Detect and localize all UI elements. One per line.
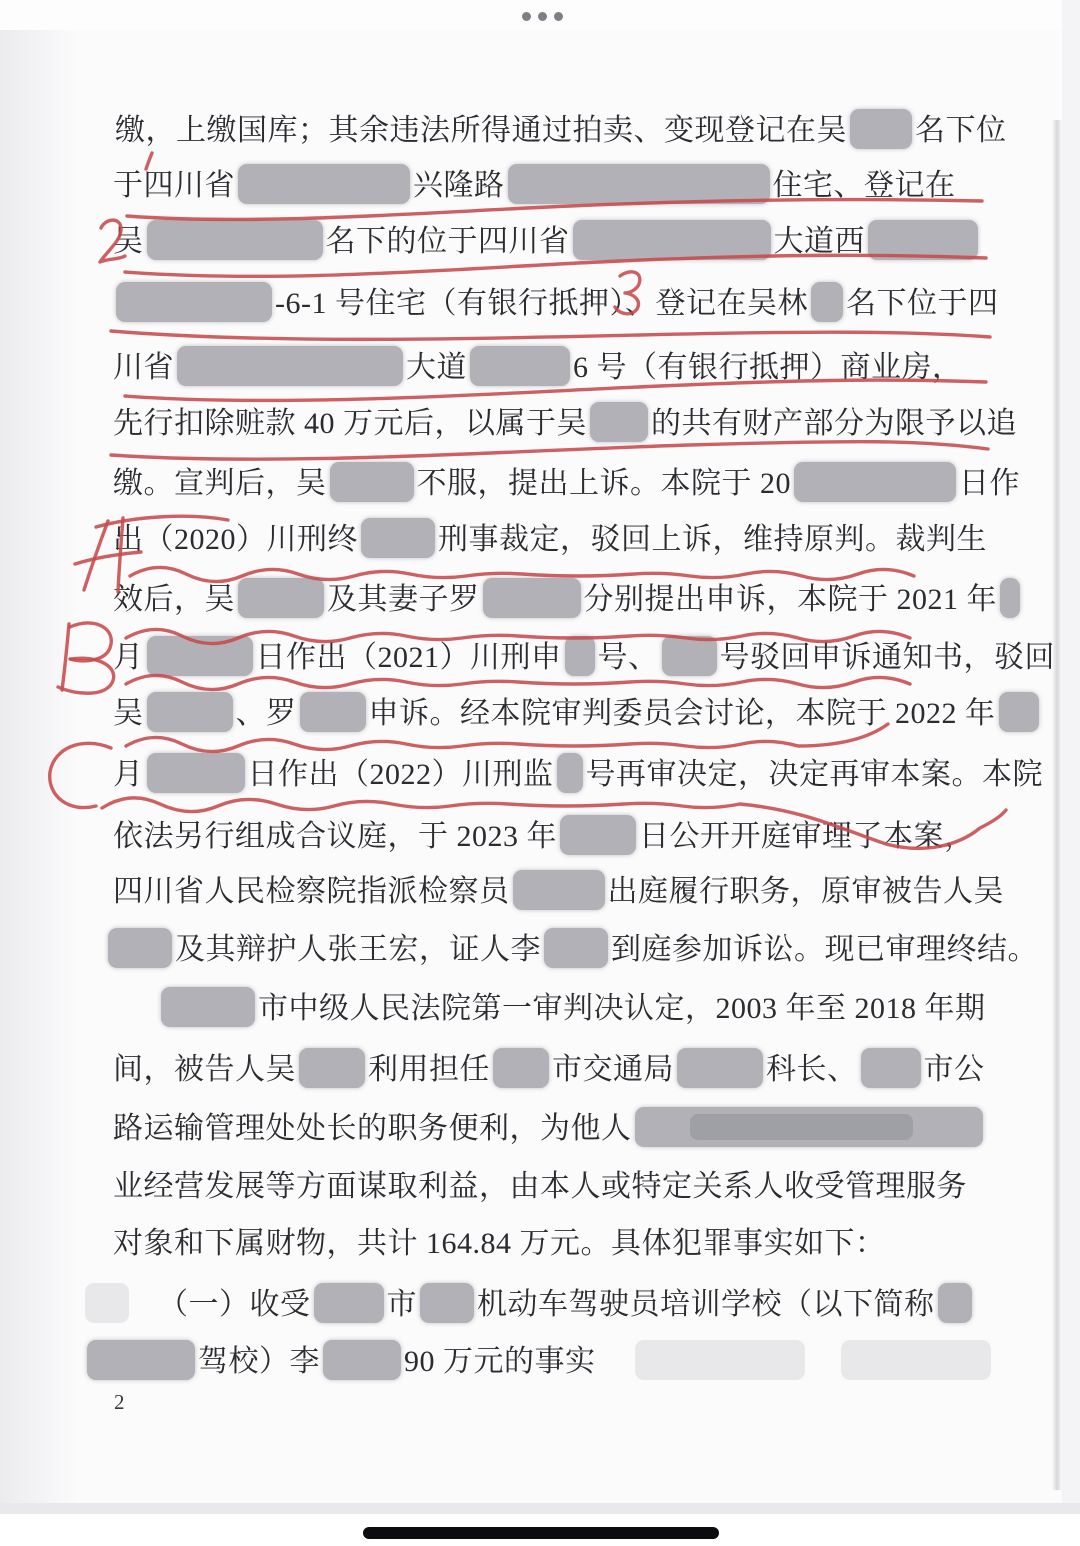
redaction-blob [560, 815, 636, 855]
text-segment: 路运输管理处处长的职务便利，为他人 [113, 1112, 632, 1145]
page-number: 2 [114, 1390, 125, 1415]
text-segment: 依法另行组成合议庭，于 2023 年 [113, 820, 557, 853]
redaction-blob [87, 1340, 195, 1380]
redaction-blob [177, 346, 403, 386]
document-line: 缴，上缴国库；其余违法所得通过拍卖、变现登记在吴名下位 [115, 106, 1007, 152]
text-segment: 90 万元的事实 [404, 1345, 596, 1378]
text-segment: 效后，吴 [113, 583, 235, 616]
redaction-blob [841, 1340, 991, 1380]
text-segment: 不服，提出上诉。本院于 20 [417, 467, 792, 500]
document-line: 驾校）李90 万元的事实 [84, 1337, 994, 1383]
redaction-blob [116, 282, 272, 322]
text-segment: 间，被告人吴 [113, 1053, 296, 1086]
spacer [596, 1361, 632, 1363]
dot-icon [554, 12, 563, 21]
text-segment: 机动车驾驶员培训学校（以下简称 [477, 1288, 935, 1321]
document-line: 出（2020）川刑终刑事裁定，驳回上诉，维持原判。裁判生 [113, 515, 987, 561]
text-segment: 出庭履行职务，原审被告人吴 [608, 875, 1005, 908]
redaction-blob [557, 753, 583, 793]
text-segment: 日公开开庭审理了本案， [639, 820, 975, 853]
text-segment: 吴 [113, 225, 144, 258]
redaction-blob [868, 220, 978, 260]
document-line: 依法另行组成合议庭，于 2023 年日公开开庭审理了本案， [113, 812, 975, 858]
redaction-blob [299, 1048, 365, 1088]
text-segment: 日作出（2022）川刑监 [248, 758, 554, 791]
redaction-blob [483, 578, 581, 618]
text-segment: 的共有财产部分为限予以追 [651, 407, 1017, 440]
home-indicator[interactable] [363, 1527, 719, 1539]
redaction-blob [590, 402, 648, 442]
redaction-blob [238, 578, 324, 618]
redaction-blob [238, 164, 410, 204]
page-left-shadow [0, 0, 78, 1546]
redaction-blob [314, 1283, 384, 1323]
redaction-blob [470, 346, 570, 386]
redaction-blob [323, 1340, 401, 1380]
redaction-blob [999, 692, 1039, 732]
redaction-blob [420, 1283, 474, 1323]
text-segment: 市公 [924, 1053, 985, 1086]
page-edge-shadow [1052, 120, 1062, 1490]
redaction-blob [361, 518, 435, 558]
redaction-blob [635, 1107, 983, 1147]
text-segment: -6-1 号住宅（有银行抵押）、登记在吴林 [275, 287, 808, 320]
text-segment: 及其辩护人张王宏，证人李 [175, 933, 541, 966]
text-segment: 、罗 [236, 697, 297, 730]
document-line: 缴。宣判后，吴不服，提出上诉。本院于 20日作 [113, 459, 1020, 505]
text-segment: 6 号（有银行抵押）商业房， [573, 351, 963, 384]
text-segment: 申诉。经本院审判委员会讨论，本院于 2022 年 [369, 697, 996, 730]
redaction-blob [662, 636, 717, 676]
text-segment: 利用担任 [368, 1053, 490, 1086]
document-line: 四川省人民检察院指派检察员出庭履行职务，原审被告人吴 [113, 867, 1004, 913]
redaction-blob [861, 1048, 921, 1088]
text-segment: 日作出（2021）川刑申 [256, 641, 562, 674]
text-segment: 名下的位于四川省 [326, 225, 570, 258]
text-segment: 名下位于四 [846, 287, 999, 320]
document-line: 对象和下属财物，共计 164.84 万元。具体犯罪事实如下： [113, 1219, 886, 1265]
document-line: 于四川省兴隆路住宅、登记在 [113, 161, 956, 207]
page-right-margin [1062, 0, 1080, 1546]
spacer [808, 1361, 838, 1363]
text-segment: 出（2020）川刑终 [113, 523, 358, 556]
redaction-blob [147, 753, 245, 793]
sheet-bottom-band [0, 1503, 1080, 1514]
text-segment: 大道西 [774, 225, 866, 258]
redaction-blob [1000, 578, 1020, 618]
document-line: 市中级人民法院第一审判决认定，2003 年至 2018 年期 [158, 984, 986, 1030]
text-segment: 号、 [598, 641, 659, 674]
text-segment: 兴隆路 [413, 169, 505, 202]
text-segment: 市交通局 [552, 1053, 674, 1086]
document-line: 吴、罗申诉。经本院审判委员会讨论，本院于 2022 年 [113, 689, 1042, 735]
text-segment: 号再审决定，决定再审本案。本院 [586, 758, 1044, 791]
spacer [132, 1304, 158, 1306]
text-segment: 分别提出申诉，本院于 2021 年 [584, 583, 998, 616]
redaction-blob [794, 462, 956, 502]
redaction-blob [811, 282, 843, 322]
redaction-blob [147, 692, 233, 732]
document-line: -6-1 号住宅（有银行抵押）、登记在吴林名下位于四 [113, 279, 998, 325]
redaction-blob [161, 987, 255, 1027]
redaction-blob [493, 1048, 549, 1088]
text-segment: 及其妻子罗 [327, 583, 480, 616]
redaction-blob [544, 928, 608, 968]
redaction-blob [565, 636, 595, 676]
text-segment: 到庭参加诉讼。现已审理终结。 [611, 933, 1038, 966]
document-line: 业经营发展等方面谋取利益，由本人或特定关系人收受管理服务 [113, 1162, 967, 1208]
text-segment: 科长、 [766, 1053, 858, 1086]
document-line: 吴名下的位于四川省大道西 [113, 217, 981, 263]
dot-icon [522, 12, 531, 21]
redaction-blob [677, 1048, 763, 1088]
redaction-blob [300, 692, 366, 732]
text-segment: 缴。宣判后，吴 [113, 467, 327, 500]
text-segment: 四川省人民检察院指派检察员 [113, 875, 510, 908]
text-segment: 对象和下属财物，共计 164.84 万元。具体犯罪事实如下： [113, 1227, 886, 1260]
redaction-blob [850, 109, 912, 149]
dot-icon [538, 12, 547, 21]
redaction-blob [573, 220, 771, 260]
text-segment: 号驳回申诉通知书，驳回 [720, 641, 1056, 674]
text-segment: 市中级人民法院第一审判决认定，2003 年至 2018 年期 [258, 992, 986, 1025]
text-segment: 刑事裁定，驳回上诉，维持原判。裁判生 [438, 523, 987, 556]
text-segment: 市 [387, 1288, 418, 1321]
text-segment: 驾校）李 [198, 1345, 320, 1378]
text-segment: 业经营发展等方面谋取利益，由本人或特定关系人收受管理服务 [113, 1170, 967, 1203]
document-line: 间，被告人吴利用担任市交通局科长、市公 [113, 1045, 985, 1091]
document-line: 先行扣除赃款 40 万元后，以属于吴的共有财产部分为限予以追 [113, 399, 1017, 445]
redaction-blob [330, 462, 414, 502]
redaction-blob [508, 164, 770, 204]
text-segment: 名下位 [915, 114, 1007, 147]
text-segment: 月 [113, 641, 144, 674]
document-line: 效后，吴及其妻子罗分别提出申诉，本院于 2021 年 [113, 575, 1023, 621]
text-segment: 月 [113, 758, 144, 791]
document-line: 月日作出（2022）川刑监号再审决定，决定再审本案。本院 [113, 750, 1043, 796]
redaction-blob [108, 928, 172, 968]
text-segment: 先行扣除赃款 40 万元后，以属于吴 [113, 407, 587, 440]
text-segment: 大道 [406, 351, 467, 384]
redaction-blob [147, 636, 253, 676]
text-segment: 日作 [959, 467, 1020, 500]
document-line: 及其辩护人张王宏，证人李到庭参加诉讼。现已审理终结。 [105, 925, 1038, 971]
document-line: 路运输管理处处长的职务便利，为他人 [113, 1104, 986, 1150]
text-segment: 缴，上缴国库；其余违法所得通过拍卖、变现登记在吴 [115, 114, 847, 147]
document-line: （一）收受市机动车驾驶员培训学校（以下简称 [82, 1280, 975, 1326]
redaction-blob [938, 1283, 972, 1323]
text-segment: 于四川省 [113, 169, 235, 202]
text-segment: 住宅、登记在 [773, 169, 956, 202]
underline-line4 [111, 331, 990, 339]
text-segment: 吴 [113, 697, 144, 730]
redaction-blob [85, 1283, 129, 1323]
text-segment: 川省 [113, 351, 174, 384]
text-segment: （一）收受 [158, 1288, 311, 1321]
redaction-blob [635, 1340, 805, 1380]
document-line: 月日作出（2021）川刑申号、号驳回申诉通知书，驳回 [113, 633, 1055, 679]
redaction-blob [147, 220, 323, 260]
sheet-drag-handle[interactable] [522, 12, 563, 21]
redaction-blob [513, 870, 605, 910]
document-line: 川省大道6 号（有银行抵押）商业房， [113, 343, 963, 389]
